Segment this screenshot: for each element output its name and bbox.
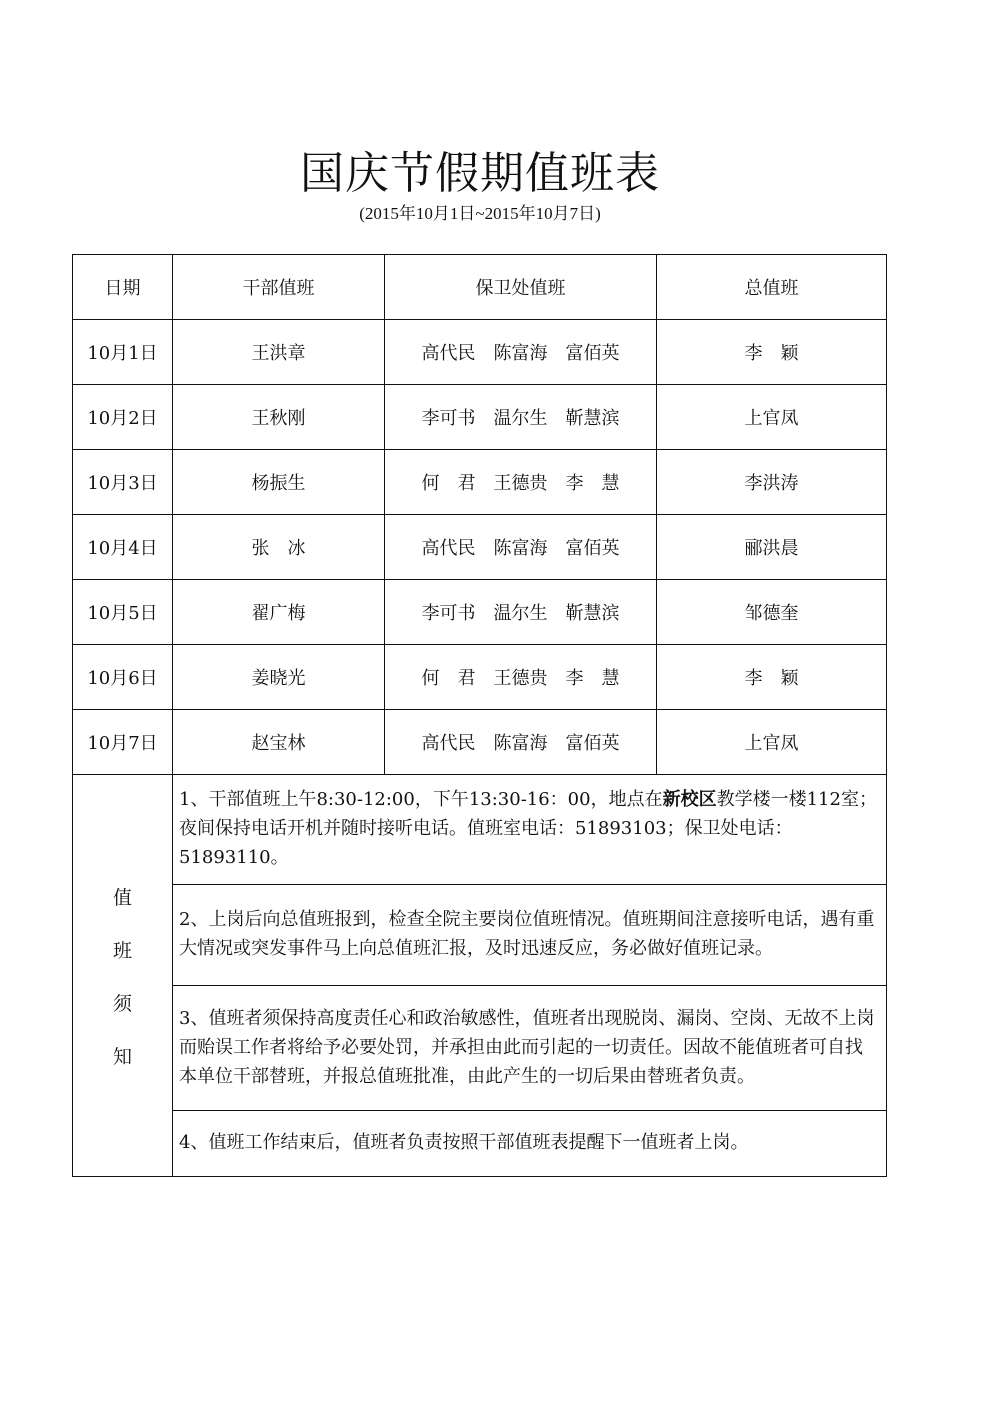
header-cadre-duty: 干部值班 bbox=[173, 255, 385, 320]
notes-label-char: 班 bbox=[113, 936, 132, 963]
note-item-4: 4、值班工作结束后，值班者负责按照干部值班表提醒下一值班者上岗。 bbox=[173, 1111, 887, 1177]
cell-security: 高代民 陈富海 富佰英 bbox=[385, 710, 657, 775]
header-date: 日期 bbox=[73, 255, 173, 320]
notes-label-char: 知 bbox=[113, 1042, 132, 1069]
notes-row-3: 3、值班者须保持高度责任心和政治敏感性，值班者出现脱岗、漏岗、空岗、无故不上岗而… bbox=[73, 986, 887, 1111]
notes-label-char: 须 bbox=[113, 989, 132, 1016]
cell-cadre: 王洪章 bbox=[173, 320, 385, 385]
cell-cadre: 赵宝林 bbox=[173, 710, 385, 775]
cell-cadre: 姜晓光 bbox=[173, 645, 385, 710]
cell-chief: 李洪涛 bbox=[657, 450, 887, 515]
note-item-2: 2、上岗后向总值班报到，检查全院主要岗位值班情况。值班期间注意接听电话，遇有重大… bbox=[173, 885, 887, 986]
cell-date: 10月6日 bbox=[73, 645, 173, 710]
cell-chief: 李 颖 bbox=[657, 645, 887, 710]
note-1-text-pre: 1、干部值班上午8:30-12:00，下午13:30-16：00，地点在 bbox=[179, 789, 663, 810]
cell-date: 10月3日 bbox=[73, 450, 173, 515]
notes-row-1: 值 班 须 知 1、干部值班上午8:30-12:00，下午13:30-16：00… bbox=[73, 775, 887, 885]
table-header-row: 日期 干部值班 保卫处值班 总值班 bbox=[73, 255, 887, 320]
cell-chief: 邹德奎 bbox=[657, 580, 887, 645]
table-row: 10月4日 张 冰 高代民 陈富海 富佰英 郦洪晨 bbox=[73, 515, 887, 580]
cell-chief: 郦洪晨 bbox=[657, 515, 887, 580]
cell-chief: 上官凤 bbox=[657, 710, 887, 775]
table-row: 10月1日 王洪章 高代民 陈富海 富佰英 李 颖 bbox=[73, 320, 887, 385]
table-row: 10月2日 王秋刚 李可书 温尔生 靳慧滨 上官凤 bbox=[73, 385, 887, 450]
cell-date: 10月2日 bbox=[73, 385, 173, 450]
cell-date: 10月1日 bbox=[73, 320, 173, 385]
document-title: 国庆节假期值班表 bbox=[0, 146, 960, 202]
cell-chief: 上官凤 bbox=[657, 385, 887, 450]
cell-cadre: 杨振生 bbox=[173, 450, 385, 515]
note-1-text-bold: 新校区 bbox=[663, 789, 717, 810]
cell-cadre: 张 冰 bbox=[173, 515, 385, 580]
notes-section-label: 值 班 须 知 bbox=[73, 775, 173, 1177]
cell-date: 10月4日 bbox=[73, 515, 173, 580]
cell-security: 何 君 王德贵 李 慧 bbox=[385, 645, 657, 710]
cell-security: 何 君 王德贵 李 慧 bbox=[385, 450, 657, 515]
cell-security: 高代民 陈富海 富佰英 bbox=[385, 515, 657, 580]
cell-cadre: 王秋刚 bbox=[173, 385, 385, 450]
notes-row-4: 4、值班工作结束后，值班者负责按照干部值班表提醒下一值班者上岗。 bbox=[73, 1111, 887, 1177]
cell-security: 高代民 陈富海 富佰英 bbox=[385, 320, 657, 385]
header-security-duty: 保卫处值班 bbox=[385, 255, 657, 320]
cell-cadre: 翟广梅 bbox=[173, 580, 385, 645]
duty-schedule-table: 日期 干部值班 保卫处值班 总值班 10月1日 王洪章 高代民 陈富海 富佰英 … bbox=[72, 254, 887, 1177]
date-range-subtitle: (2015年10月1日~2015年10月7日) bbox=[0, 203, 960, 225]
cell-chief: 李 颖 bbox=[657, 320, 887, 385]
notes-row-2: 2、上岗后向总值班报到，检查全院主要岗位值班情况。值班期间注意接听电话，遇有重大… bbox=[73, 885, 887, 986]
table-row: 10月3日 杨振生 何 君 王德贵 李 慧 李洪涛 bbox=[73, 450, 887, 515]
cell-date: 10月7日 bbox=[73, 710, 173, 775]
table-row: 10月5日 翟广梅 李可书 温尔生 靳慧滨 邹德奎 bbox=[73, 580, 887, 645]
cell-date: 10月5日 bbox=[73, 580, 173, 645]
cell-security: 李可书 温尔生 靳慧滨 bbox=[385, 385, 657, 450]
cell-security: 李可书 温尔生 靳慧滨 bbox=[385, 580, 657, 645]
table-row: 10月7日 赵宝林 高代民 陈富海 富佰英 上官凤 bbox=[73, 710, 887, 775]
header-chief-duty: 总值班 bbox=[657, 255, 887, 320]
table-row: 10月6日 姜晓光 何 君 王德贵 李 慧 李 颖 bbox=[73, 645, 887, 710]
notes-label-char: 值 bbox=[113, 883, 132, 910]
note-item-1: 1、干部值班上午8:30-12:00，下午13:30-16：00，地点在新校区教… bbox=[173, 775, 887, 885]
note-item-3: 3、值班者须保持高度责任心和政治敏感性，值班者出现脱岗、漏岗、空岗、无故不上岗而… bbox=[173, 986, 887, 1111]
